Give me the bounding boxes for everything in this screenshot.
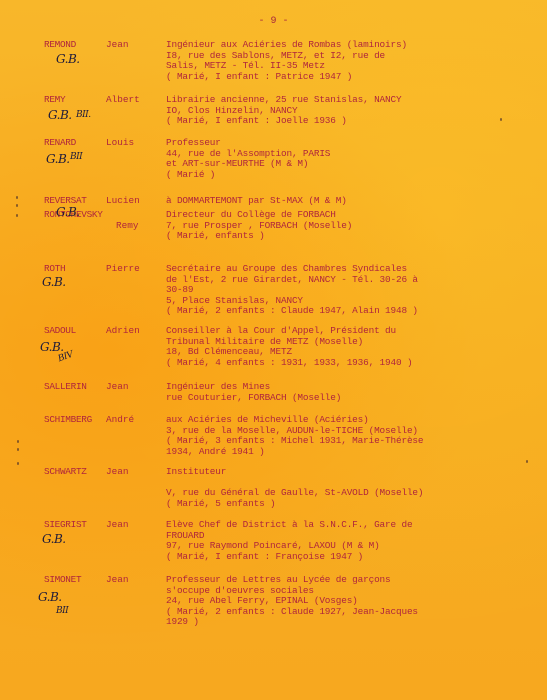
entry-details: Librairie ancienne, 25 rue Stanislas, NA… (166, 95, 401, 127)
handwritten-annotation: G.B. (46, 152, 70, 166)
entry-details: aux Aciéries de Micheville (Aciéries) 3,… (166, 415, 423, 457)
entry-details: Elève Chef de District à la S.N.C.F., Ga… (166, 520, 412, 562)
entry-details: Professeur de Lettres au Lycée de garçon… (166, 575, 418, 628)
handwritten-annotation: G.B. (56, 52, 80, 66)
entry-details: Ingénieur des Mines rue Couturier, FORBA… (166, 382, 341, 403)
entry-given-name: Louis (106, 138, 134, 149)
entry-given-name: Remy (116, 221, 139, 232)
handwritten-annotation: G.B. (48, 108, 72, 122)
entry-details: Directeur du Collège de FORBACH 7, rue P… (166, 210, 352, 242)
entry-given-name: Jean (106, 467, 129, 478)
handwritten-annotation: G.B. (40, 340, 64, 354)
handwritten-annotation: BII (70, 152, 82, 162)
entry-surname: SIMONET (44, 575, 81, 586)
entry-details: à DOMMARTEMONT par St-MAX (M & M) (166, 196, 347, 207)
paper-speck (526, 460, 528, 463)
entry-details: Secrétaire au Groupe des Chambres Syndic… (166, 264, 418, 317)
entry-given-name: Jean (106, 382, 129, 393)
page-number: - 9 - (0, 16, 547, 27)
handwritten-annotation: BII (56, 606, 68, 616)
paper-speck (500, 118, 502, 121)
handwritten-annotation: G.B. (42, 532, 66, 546)
paper-speck (16, 204, 18, 207)
paper-speck (17, 440, 19, 443)
entry-details: Instituteur V, rue du Général de Gaulle,… (166, 467, 423, 509)
handwritten-annotation: G.B. (42, 275, 66, 289)
paper-speck (16, 214, 18, 217)
entry-given-name: André (106, 415, 134, 426)
handwritten-annotation: G.B. (38, 590, 62, 604)
entry-details: Conseiller à la Cour d'Appel, Président … (166, 326, 412, 368)
entry-surname: REMOND (44, 40, 76, 51)
entry-given-name: Jean (106, 575, 129, 586)
entry-given-name: Adrien (106, 326, 140, 337)
entry-surname: RENARD (44, 138, 76, 149)
entry-surname: SALLERIN (44, 382, 87, 393)
entry-surname: SADOUL (44, 326, 76, 337)
entry-given-name: Albert (106, 95, 140, 106)
entry-surname: ROTH (44, 264, 65, 275)
handwritten-annotation: BII. (76, 110, 91, 120)
paper-speck (17, 462, 19, 465)
entry-surname: SIEGRIST (44, 520, 87, 531)
paper-speck (17, 448, 19, 451)
entry-given-name: Pierre (106, 264, 140, 275)
entry-surname: SCHIMBERG (44, 415, 92, 426)
entry-given-name: Lucien (106, 196, 140, 207)
entry-given-name: Jean (106, 520, 129, 531)
entry-surname: REMY (44, 95, 65, 106)
entry-details: Professeur 44, rue de l'Assomption, PARI… (166, 138, 330, 180)
entry-given-name: Jean (106, 40, 129, 51)
entry-details: Ingénieur aux Aciéries de Rombas (lamino… (166, 40, 407, 82)
paper-speck (16, 196, 18, 199)
entry-surname: SCHWARTZ (44, 467, 87, 478)
handwritten-annotation: G.B. (56, 205, 80, 219)
